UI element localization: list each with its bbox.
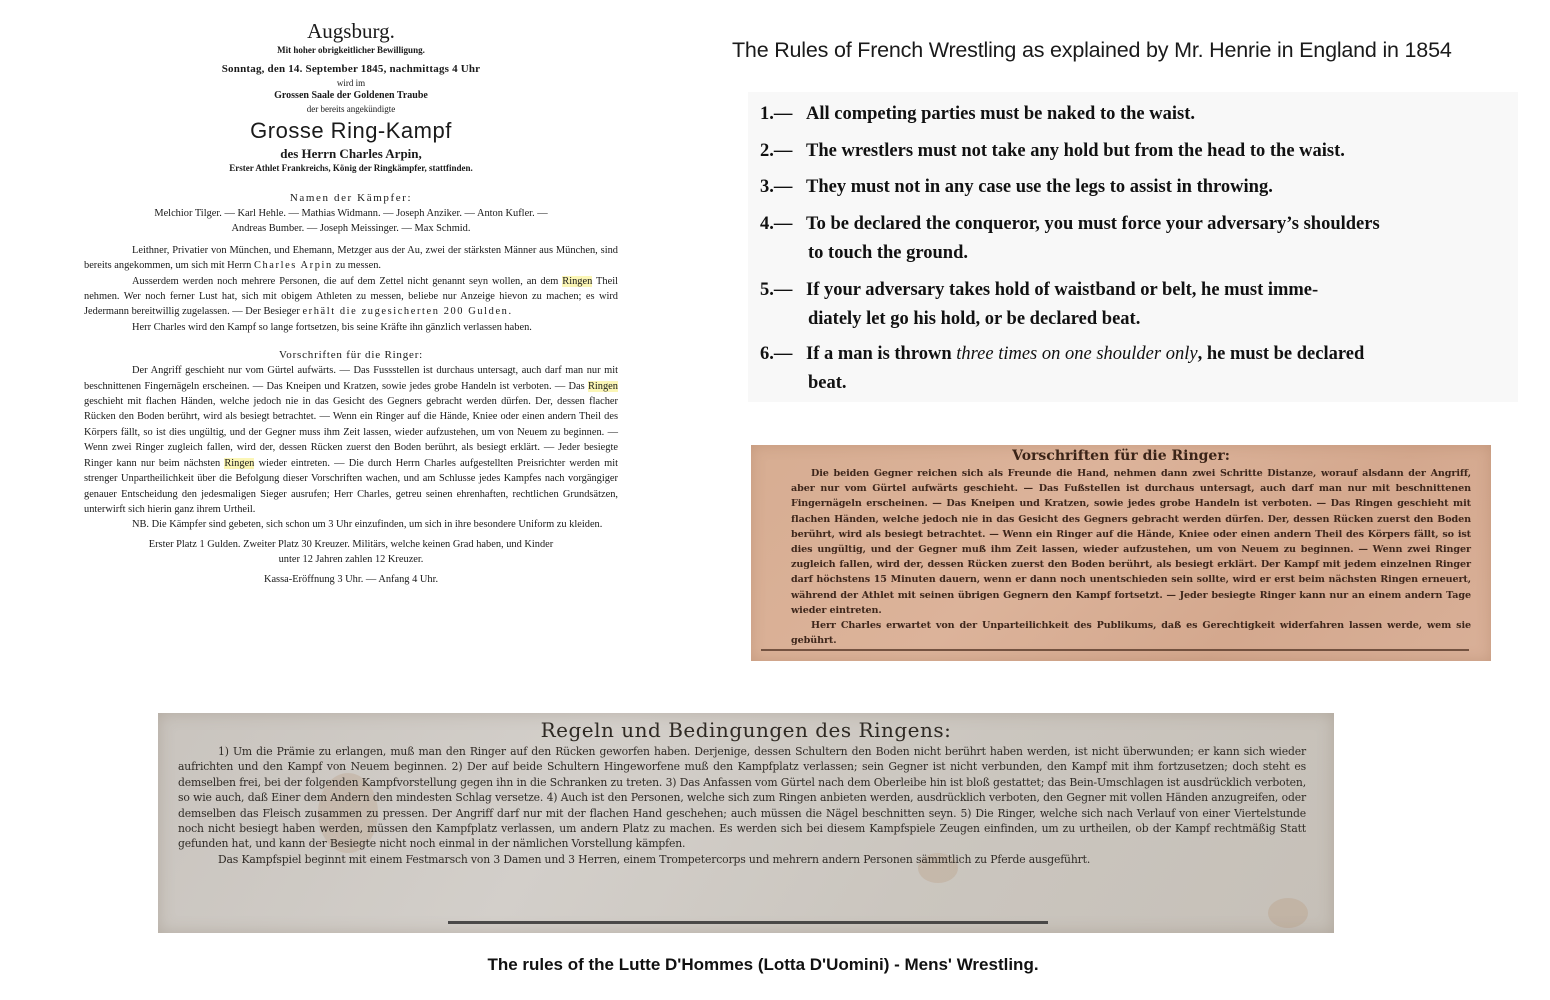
poster-prices-line-1: Erster Platz 1 Gulden. Zweiter Platz 30 …	[84, 537, 618, 552]
rule-2: 2.—The wrestlers must not take any hold …	[760, 137, 1500, 166]
fraktur-newspaper-clipping: Vorschriften für die Ringer: Die beiden …	[751, 445, 1491, 661]
poster-rules-paragraph: Der Angriff geschieht nur vom Gürtel auf…	[84, 363, 618, 517]
rule-text: All competing parties must be naked to t…	[806, 104, 1195, 124]
regeln-clipping-heading: Regeln und Bedingungen des Ringens:	[158, 717, 1334, 743]
rule-number: 2.—	[760, 137, 806, 166]
highlighted-word-ringen: Ringen	[224, 458, 254, 469]
poster-event-title: Grosse Ring-Kampf	[84, 117, 618, 145]
poster-rules-heading: Vorschriften für die Ringer:	[84, 347, 618, 363]
rule-1: 1.—All competing parties must be naked t…	[760, 100, 1500, 129]
fraktur-clipping-body: Die beiden Gegner reichen sich als Freun…	[791, 466, 1471, 648]
poster-paragraph-1-name: Charles Arpin	[254, 260, 333, 271]
rule-number: 1.—	[760, 100, 806, 129]
poster-of-line: des Herrn Charles Arpin,	[84, 145, 618, 162]
poster-paragraph-3: Herr Charles wird den Kampf so lange for…	[84, 320, 618, 335]
clipping-divider	[761, 649, 1469, 651]
regeln-clipping-body: 1) Um die Prämie zu erlangen, muß man de…	[178, 744, 1306, 867]
poster-paragraph-2: Ausserdem werden noch mehrere Personen, …	[84, 274, 618, 320]
rule-number: 3.—	[760, 173, 806, 202]
poster-names-line-1: Melchior Tilger. — Karl Hehle. — Mathias…	[84, 206, 618, 221]
clipping-divider	[448, 921, 1048, 924]
poster-names-line-2: Andreas Bumber. — Joseph Meissinger. — M…	[84, 221, 618, 236]
poster-paragraph-2-text-c: erhält die zugesicherten 200 Gulden.	[302, 306, 512, 317]
rule-text: If a man is thrown	[806, 344, 956, 364]
paper-stain	[1268, 898, 1308, 928]
poster-paragraph-2-text-a: Ausserdem werden noch mehrere Personen, …	[132, 276, 558, 287]
regeln-newspaper-clipping: Regeln und Bedingungen des Ringens: 1) U…	[158, 713, 1334, 933]
rule-6: 6.—If a man is thrown three times on one…	[760, 340, 1500, 398]
poster-paragraph-1-end: zu messen.	[335, 260, 381, 271]
regeln-clipping-text: 1) Um die Prämie zu erlangen, muß man de…	[178, 745, 1306, 850]
poster-subtitle: Erster Athlet Frankreichs, König der Rin…	[84, 162, 618, 174]
rule-continuation: to touch the ground.	[760, 239, 1500, 268]
poster-venue: Grossen Saale der Goldenen Traube	[84, 89, 618, 103]
poster-names-heading: Namen der Kämpfer:	[84, 190, 618, 206]
regeln-clipping-closing: Das Kampfspiel beginnt mit einem Festmar…	[178, 853, 1090, 866]
rule-number: 5.—	[760, 276, 806, 305]
poster-wird-im: wird im	[84, 77, 618, 89]
poster-announced: der bereits angekündigte	[84, 103, 618, 115]
poster-opening-times: Kassa-Eröffnung 3 Uhr. — Anfang 4 Uhr.	[84, 572, 618, 587]
fraktur-clipping-closing: Herr Charles erwartet von der Unparteili…	[791, 620, 1471, 646]
poster-prices-line-2: unter 12 Jahren zahlen 12 Kreuzer.	[84, 552, 618, 567]
rule-number: 4.—	[760, 210, 806, 239]
rule-number: 6.—	[760, 340, 806, 369]
highlighted-word-ringen: Ringen	[588, 381, 618, 392]
fraktur-clipping-text: Die beiden Gegner reichen sich als Freun…	[791, 468, 1471, 616]
augsburg-poster: Augsburg. Mit hoher obrigkeitlicher Bewi…	[84, 18, 618, 587]
rule-continuation: beat.	[760, 369, 1500, 398]
poster-date-line: Sonntag, den 14. September 1845, nachmit…	[84, 61, 618, 77]
rule-text: , he must be declared	[1198, 344, 1365, 364]
figure-caption: The rules of the Lutte D'Hommes (Lotta D…	[0, 955, 1526, 975]
rule-continuation: diately let go his hold, or be declared …	[760, 305, 1500, 334]
poster-city-title: Augsburg.	[84, 18, 618, 44]
rule-5: 5.—If your adversary takes hold of waist…	[760, 276, 1500, 334]
poster-permission: Mit hoher obrigkeitlicher Bewilligung.	[84, 44, 618, 57]
poster-paragraph-1: Leithner, Privatier von München, und Ehe…	[84, 243, 618, 274]
english-rules-panel: 1.—All competing parties must be naked t…	[748, 92, 1518, 402]
rule-text: To be declared the conqueror, you must f…	[806, 214, 1380, 234]
rule-3: 3.—They must not in any case use the leg…	[760, 173, 1500, 202]
poster-nb-note: NB. Die Kämpfer sind gebeten, sich schon…	[84, 517, 618, 532]
poster-rules-text-a: Der Angriff geschieht nur vom Gürtel auf…	[84, 365, 618, 391]
rule-text: If your adversary takes hold of waistban…	[806, 280, 1318, 300]
english-rules-title: The Rules of French Wrestling as explain…	[732, 38, 1522, 63]
rule-4: 4.—To be declared the conqueror, you mus…	[760, 210, 1500, 268]
fraktur-clipping-heading: Vorschriften für die Ringer:	[751, 447, 1491, 465]
rule-text: The wrestlers must not take any hold but…	[806, 141, 1345, 161]
rule-text: They must not in any case use the legs t…	[806, 177, 1273, 197]
rule-emphasis: three times on one shoulder only	[956, 344, 1197, 364]
highlighted-word-ringen: Ringen	[562, 276, 592, 287]
